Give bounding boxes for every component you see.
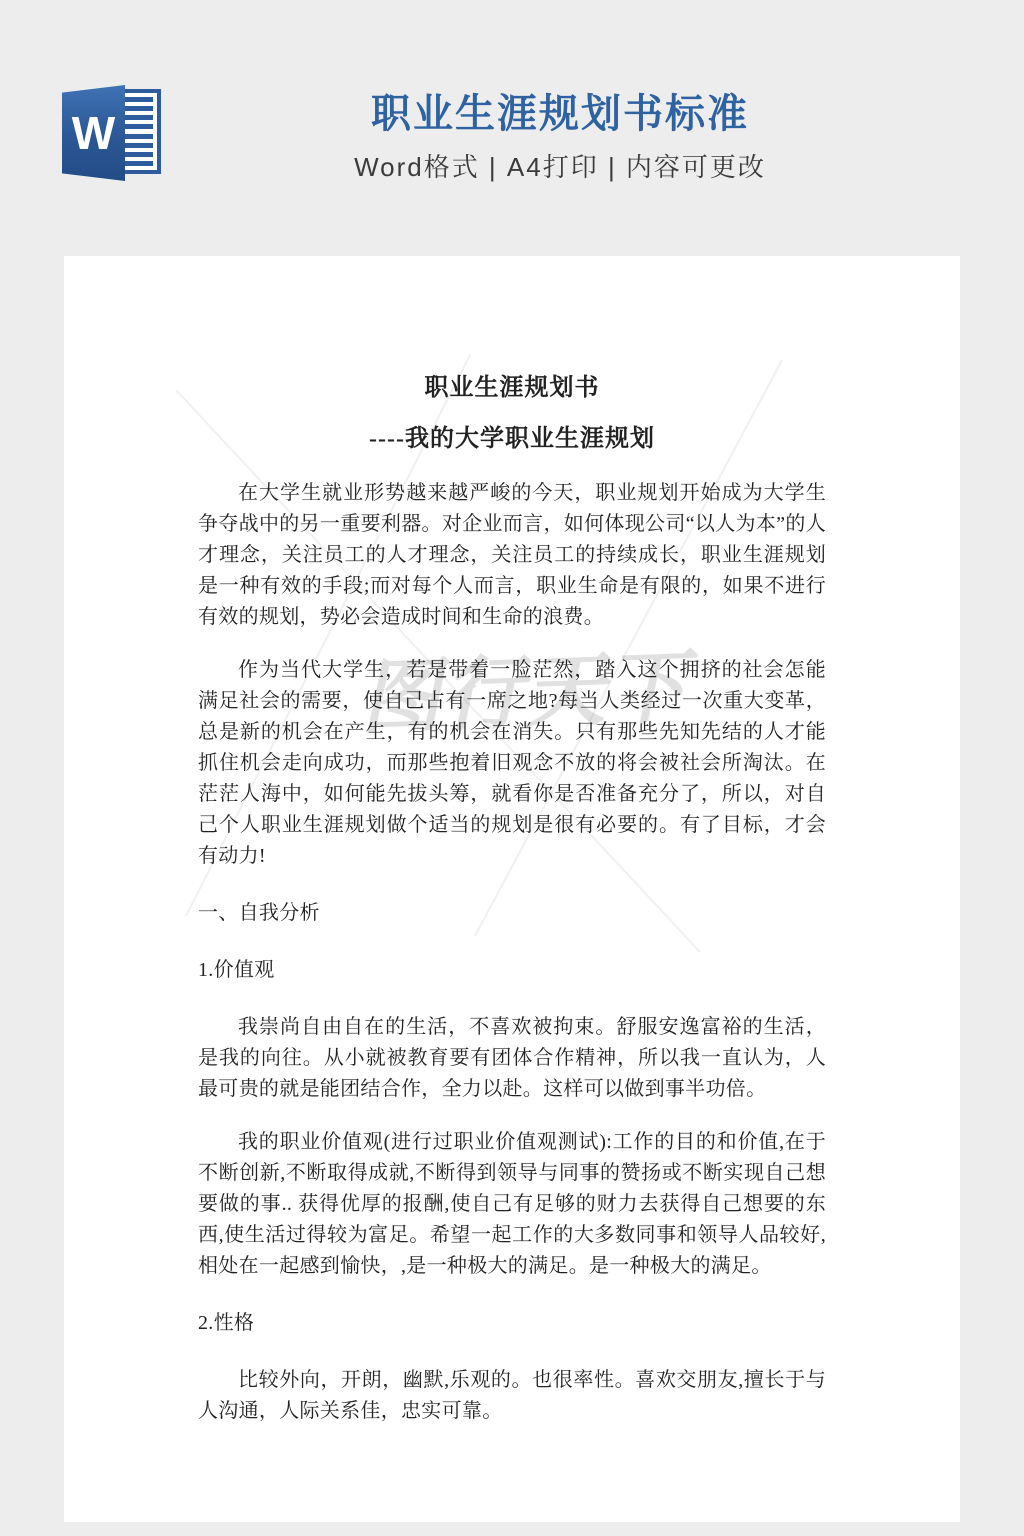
doc-section-heading: 1.价值观 xyxy=(198,955,826,986)
document-preview-page: 图行天下 职业生涯规划书 ----我的大学职业生涯规划 在大学生就业形势越来越严… xyxy=(64,256,960,1522)
doc-paragraph: 作为当代大学生，若是带着一脸茫然，踏入这个拥挤的社会怎能满足社会的需要，使自己占… xyxy=(198,655,826,872)
template-preview-screen: W 职业生涯规划书标准 Word格式 | A4打印 | 内容可更改 图行天下 职… xyxy=(0,0,1024,1536)
doc-paragraph: 比较外向，开朗，幽默,乐观的。也很率性。喜欢交朋友,擅长于与人沟通，人际关系佳，… xyxy=(198,1365,826,1427)
doc-section-heading: 一、自我分析 xyxy=(198,898,826,929)
doc-section-heading: 2.性格 xyxy=(198,1308,826,1339)
page-title: 职业生涯规划书标准 xyxy=(96,92,1024,136)
doc-paragraph: 在大学生就业形势越来越严峻的今天，职业规划开始成为大学生争夺战中的另一重要利器。… xyxy=(198,478,826,633)
page-subtitle: Word格式 | A4打印 | 内容可更改 xyxy=(96,152,1024,182)
doc-title: 职业生涯规划书 xyxy=(198,372,826,405)
header: 职业生涯规划书标准 Word格式 | A4打印 | 内容可更改 xyxy=(96,92,1024,182)
doc-paragraph: 我的职业价值观(进行过职业价值观测试):工作的目的和价值,在于不断创新,不断取得… xyxy=(198,1127,826,1282)
doc-paragraph: 我崇尚自由自在的生活，不喜欢被拘束。舒服安逸富裕的生活，是我的向往。从小就被教育… xyxy=(198,1012,826,1105)
doc-subtitle: ----我的大学职业生涯规划 xyxy=(198,423,826,456)
document-body: 职业生涯规划书 ----我的大学职业生涯规划 在大学生就业形势越来越严峻的今天，… xyxy=(64,256,960,1522)
